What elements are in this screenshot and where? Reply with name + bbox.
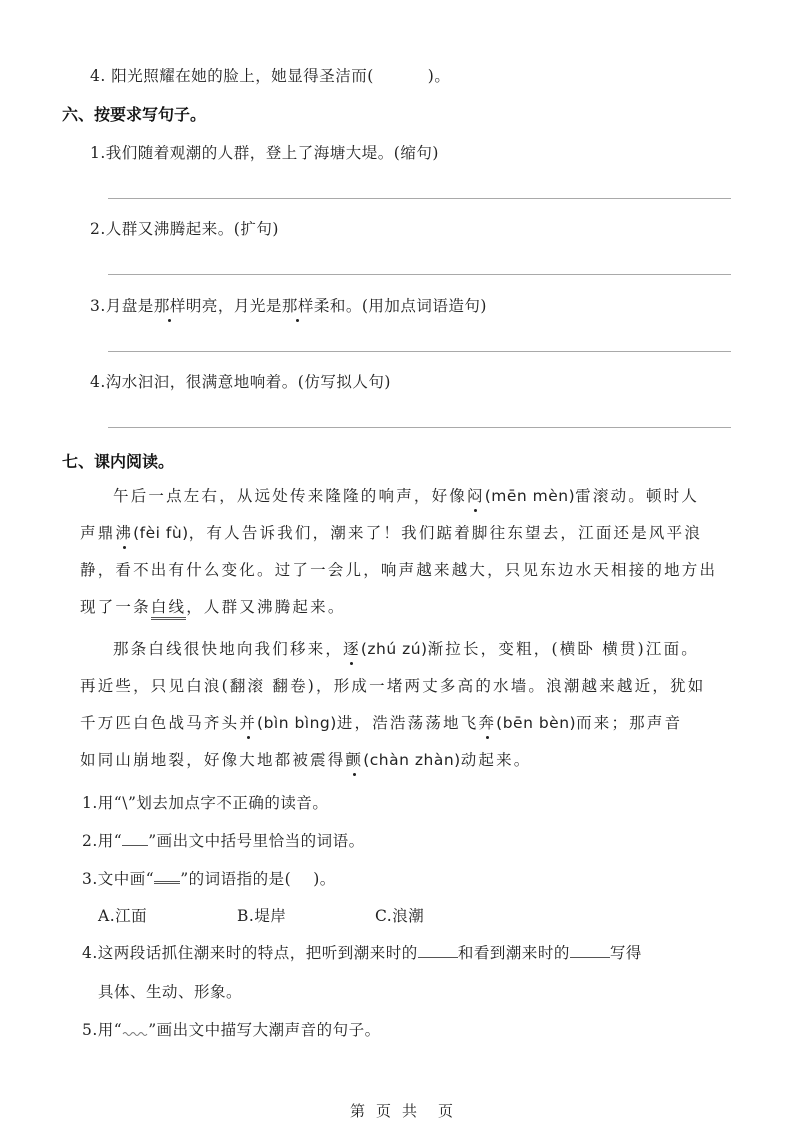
passage-line: 那条白线很快地向我们移来，逐(zhú zú)渐拉长，变粗，(横卧 横贯)江面。 [113, 637, 699, 659]
question-3: 3.文中画“”的词语指的是()。 [82, 867, 336, 889]
section-7-title: 七、课内阅读。 [62, 449, 174, 472]
dotted-word: 那样 [282, 297, 314, 315]
answer-blank-seen[interactable] [570, 957, 610, 958]
passage-line: 如同山崩地裂，好像大地都被震得颤(chàn zhàn)动起来。 [80, 748, 532, 770]
passage-line: 现了一条白线，人群又沸腾起来。 [80, 595, 346, 617]
section-6-item-3: 3.月盘是那样明亮，月光是那样柔和。(用加点词语造句) [90, 294, 487, 316]
section-6-item-2: 2.人群又沸腾起来。(扩句) [90, 217, 279, 239]
pinyin-choice: (fèi fù) [133, 524, 189, 542]
dotted-char: 逐 [343, 637, 361, 659]
section-6-title: 六、按要求写句子。 [62, 102, 206, 125]
double-underline-sample [154, 881, 180, 884]
question-4: 4.这两段话抓住潮来时的特点，把听到潮来时的和看到潮来时的写得 [82, 941, 642, 963]
double-underlined-word: 白线 [151, 598, 186, 620]
answer-line-1[interactable] [108, 198, 731, 199]
item-number: 4. [90, 67, 106, 85]
answer-line-4[interactable] [108, 427, 731, 428]
option-c[interactable]: C.浪潮 [375, 904, 424, 926]
question-5: 5.用“”画出文中描写大潮声音的句子。 [82, 1018, 381, 1040]
question-4-cont: 具体、生动、形象。 [98, 980, 242, 1002]
underline-sample [122, 845, 148, 846]
wavy-underline-sample [122, 1027, 148, 1037]
option-a[interactable]: A.江面 [98, 904, 147, 926]
pinyin-choice: (chàn zhàn) [363, 751, 460, 769]
section-6-item-4: 4.沟水汩汩，很满意地响着。(仿写拟人句) [90, 370, 391, 392]
passage-line: 声鼎沸(fèi fù)，有人告诉我们，潮来了！我们踮着脚往东望去，江面还是风平浪 [80, 521, 702, 543]
passage-line: 午后一点左右，从远处传来隆隆的响声，好像闷(mēn mèn)雷滚动。顿时人 [113, 484, 699, 506]
pinyin-choice: (zhú zú) [361, 640, 428, 658]
item-text: 阳光照耀在她的脸上，她显得圣洁而( [111, 67, 374, 85]
pinyin-choice: (bìn bìng) [257, 714, 337, 732]
pinyin-choice: (mēn mèn) [485, 487, 575, 505]
answer-blank-heard[interactable] [418, 957, 458, 958]
question-2: 2.用“”画出文中括号里恰当的词语。 [82, 829, 365, 851]
dotted-char: 并 [239, 711, 257, 733]
dotted-char: 奔 [478, 711, 496, 733]
passage-line: 再近些，只见白浪(翻滚 翻卷)，形成一堵两丈多高的水墙。浪潮越来越近，犹如 [80, 674, 705, 696]
dotted-char: 颤 [346, 748, 364, 770]
pinyin-choice: (bēn bèn) [496, 714, 576, 732]
dotted-char: 沸 [115, 521, 133, 543]
passage-line: 千万匹白色战马齐头并(bìn bìng)进，浩浩荡荡地飞奔(bēn bèn)而来… [80, 711, 682, 733]
question-1: 1.用“\”划去加点字不正确的读音。 [82, 791, 328, 813]
passage-line: 静，看不出有什么变化。过了一会儿，响声越来越大，只见东边水天相接的地方出 [80, 558, 717, 580]
option-b[interactable]: B.堤岸 [237, 904, 286, 926]
answer-line-2[interactable] [108, 274, 731, 275]
section-6-item-1: 1.我们随着观潮的人群，登上了海塘大堤。(缩句) [90, 141, 439, 163]
page-footer: 第页共页 [350, 1100, 454, 1121]
answer-line-3[interactable] [108, 351, 731, 352]
dotted-word: 那样 [154, 297, 186, 315]
fill-blank-item-4: 4. 阳光照耀在她的脸上，她显得圣洁而()。 [90, 64, 450, 86]
dotted-char: 闷 [467, 484, 485, 506]
